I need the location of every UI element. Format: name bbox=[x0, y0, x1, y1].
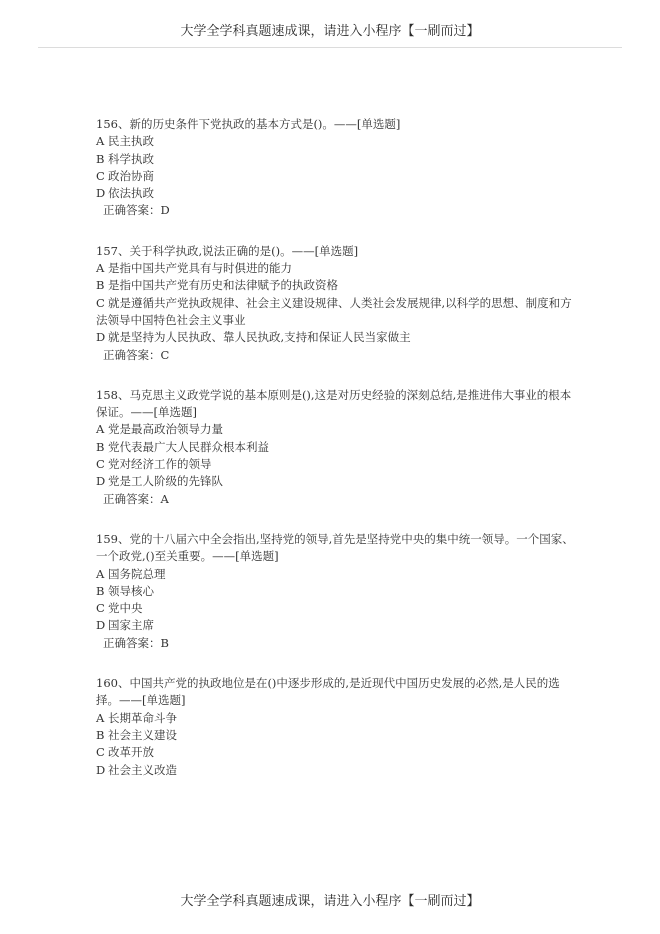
correct-answer: 正确答案：D bbox=[96, 202, 576, 219]
option-text: 是指中国共产党具有与时俱进的能力 bbox=[108, 261, 292, 275]
option-text: 党代表最广大人民群众根本利益 bbox=[108, 440, 269, 454]
option-b: B科学执政 bbox=[96, 151, 576, 168]
option-letter: B bbox=[96, 583, 108, 600]
option-letter: C bbox=[96, 456, 108, 473]
option-letter: C bbox=[96, 744, 108, 761]
option-letter: A bbox=[96, 710, 108, 727]
correct-answer: 正确答案：B bbox=[96, 635, 576, 652]
correct-answer: 正确答案：A bbox=[96, 491, 576, 508]
option-letter: A bbox=[96, 566, 108, 583]
option-letter: B bbox=[96, 439, 108, 456]
option-letter: D bbox=[96, 185, 108, 202]
option-text: 政治协商 bbox=[108, 169, 154, 183]
option-c: C改革开放 bbox=[96, 744, 576, 761]
question-stem: 159、党的十八届六中全会指出,坚持党的领导,首先是坚持党中央的集中统一领导。一… bbox=[96, 531, 576, 566]
option-b: B是指中国共产党有历史和法律赋予的执政资格 bbox=[96, 277, 576, 294]
option-letter: D bbox=[96, 762, 108, 779]
option-letter: C bbox=[96, 600, 108, 617]
option-letter: D bbox=[96, 329, 108, 346]
question-157: 157、关于科学执政,说法正确的是()。——[单选题] A是指中国共产党具有与时… bbox=[96, 243, 576, 364]
option-text: 党是最高政治领导力量 bbox=[108, 422, 223, 436]
option-text: 是指中国共产党有历史和法律赋予的执政资格 bbox=[108, 278, 338, 292]
option-a: A长期革命斗争 bbox=[96, 710, 576, 727]
option-letter: C bbox=[96, 168, 108, 185]
question-stem: 158、马克思主义政党学说的基本原则是(),这是对历史经验的深刻总结,是推进伟大… bbox=[96, 387, 576, 422]
option-d: D社会主义改造 bbox=[96, 762, 576, 779]
option-text: 领导核心 bbox=[108, 584, 154, 598]
option-text: 改革开放 bbox=[108, 745, 154, 759]
header-divider bbox=[38, 47, 622, 48]
option-b: B领导核心 bbox=[96, 583, 576, 600]
option-text: 社会主义建设 bbox=[108, 728, 177, 742]
option-letter: B bbox=[96, 277, 108, 294]
question-stem: 156、新的历史条件下党执政的基本方式是()。——[单选题] bbox=[96, 116, 576, 133]
option-text: 社会主义改造 bbox=[108, 763, 177, 777]
option-d: D党是工人阶级的先锋队 bbox=[96, 473, 576, 490]
question-stem: 160、中国共产党的执政地位是在()中逐步形成的,是近现代中国历史发展的必然,是… bbox=[96, 675, 576, 710]
option-b: B社会主义建设 bbox=[96, 727, 576, 744]
option-c: C党对经济工作的领导 bbox=[96, 456, 576, 473]
option-letter: C bbox=[96, 295, 108, 312]
option-letter: A bbox=[96, 421, 108, 438]
page-header: 大学全学科真题速成课，请进入小程序【一刷而过】 bbox=[0, 22, 660, 42]
option-letter: A bbox=[96, 260, 108, 277]
question-159: 159、党的十八届六中全会指出,坚持党的领导,首先是坚持党中央的集中统一领导。一… bbox=[96, 531, 576, 652]
option-a: A是指中国共产党具有与时俱进的能力 bbox=[96, 260, 576, 277]
option-text: 就是坚持为人民执政、靠人民执政,支持和保证人民当家做主 bbox=[108, 330, 411, 344]
option-text: 党对经济工作的领导 bbox=[108, 457, 212, 471]
option-d: D依法执政 bbox=[96, 185, 576, 202]
page-footer: 大学全学科真题速成课，请进入小程序【一刷而过】 bbox=[0, 892, 660, 912]
option-d: D就是坚持为人民执政、靠人民执政,支持和保证人民当家做主 bbox=[96, 329, 576, 346]
option-letter: D bbox=[96, 617, 108, 634]
question-list: 156、新的历史条件下党执政的基本方式是()。——[单选题] A民主执政 B科学… bbox=[96, 116, 576, 779]
option-text: 党中央 bbox=[108, 601, 143, 615]
option-a: A党是最高政治领导力量 bbox=[96, 421, 576, 438]
option-b: B党代表最广大人民群众根本利益 bbox=[96, 439, 576, 456]
option-letter: B bbox=[96, 151, 108, 168]
question-158: 158、马克思主义政党学说的基本原则是(),这是对历史经验的深刻总结,是推进伟大… bbox=[96, 387, 576, 508]
option-text: 国务院总理 bbox=[108, 567, 166, 581]
correct-answer: 正确答案：C bbox=[96, 347, 576, 364]
question-156: 156、新的历史条件下党执政的基本方式是()。——[单选题] A民主执政 B科学… bbox=[96, 116, 576, 220]
option-text: 国家主席 bbox=[108, 618, 154, 632]
option-c: C政治协商 bbox=[96, 168, 576, 185]
option-c: C党中央 bbox=[96, 600, 576, 617]
question-160: 160、中国共产党的执政地位是在()中逐步形成的,是近现代中国历史发展的必然,是… bbox=[96, 675, 576, 779]
option-letter: D bbox=[96, 473, 108, 490]
option-letter: B bbox=[96, 727, 108, 744]
option-text: 科学执政 bbox=[108, 152, 154, 166]
option-text: 依法执政 bbox=[108, 186, 154, 200]
option-c: C就是遵循共产党执政规律、社会主义建设规律、人类社会发展规律,以科学的思想、制度… bbox=[96, 295, 576, 330]
option-text: 就是遵循共产党执政规律、社会主义建设规律、人类社会发展规律,以科学的思想、制度和… bbox=[96, 296, 572, 327]
option-letter: A bbox=[96, 133, 108, 150]
option-text: 长期革命斗争 bbox=[108, 711, 177, 725]
option-text: 民主执政 bbox=[108, 134, 154, 148]
option-d: D国家主席 bbox=[96, 617, 576, 634]
question-stem: 157、关于科学执政,说法正确的是()。——[单选题] bbox=[96, 243, 576, 260]
option-text: 党是工人阶级的先锋队 bbox=[108, 474, 223, 488]
option-a: A民主执政 bbox=[96, 133, 576, 150]
option-a: A国务院总理 bbox=[96, 566, 576, 583]
